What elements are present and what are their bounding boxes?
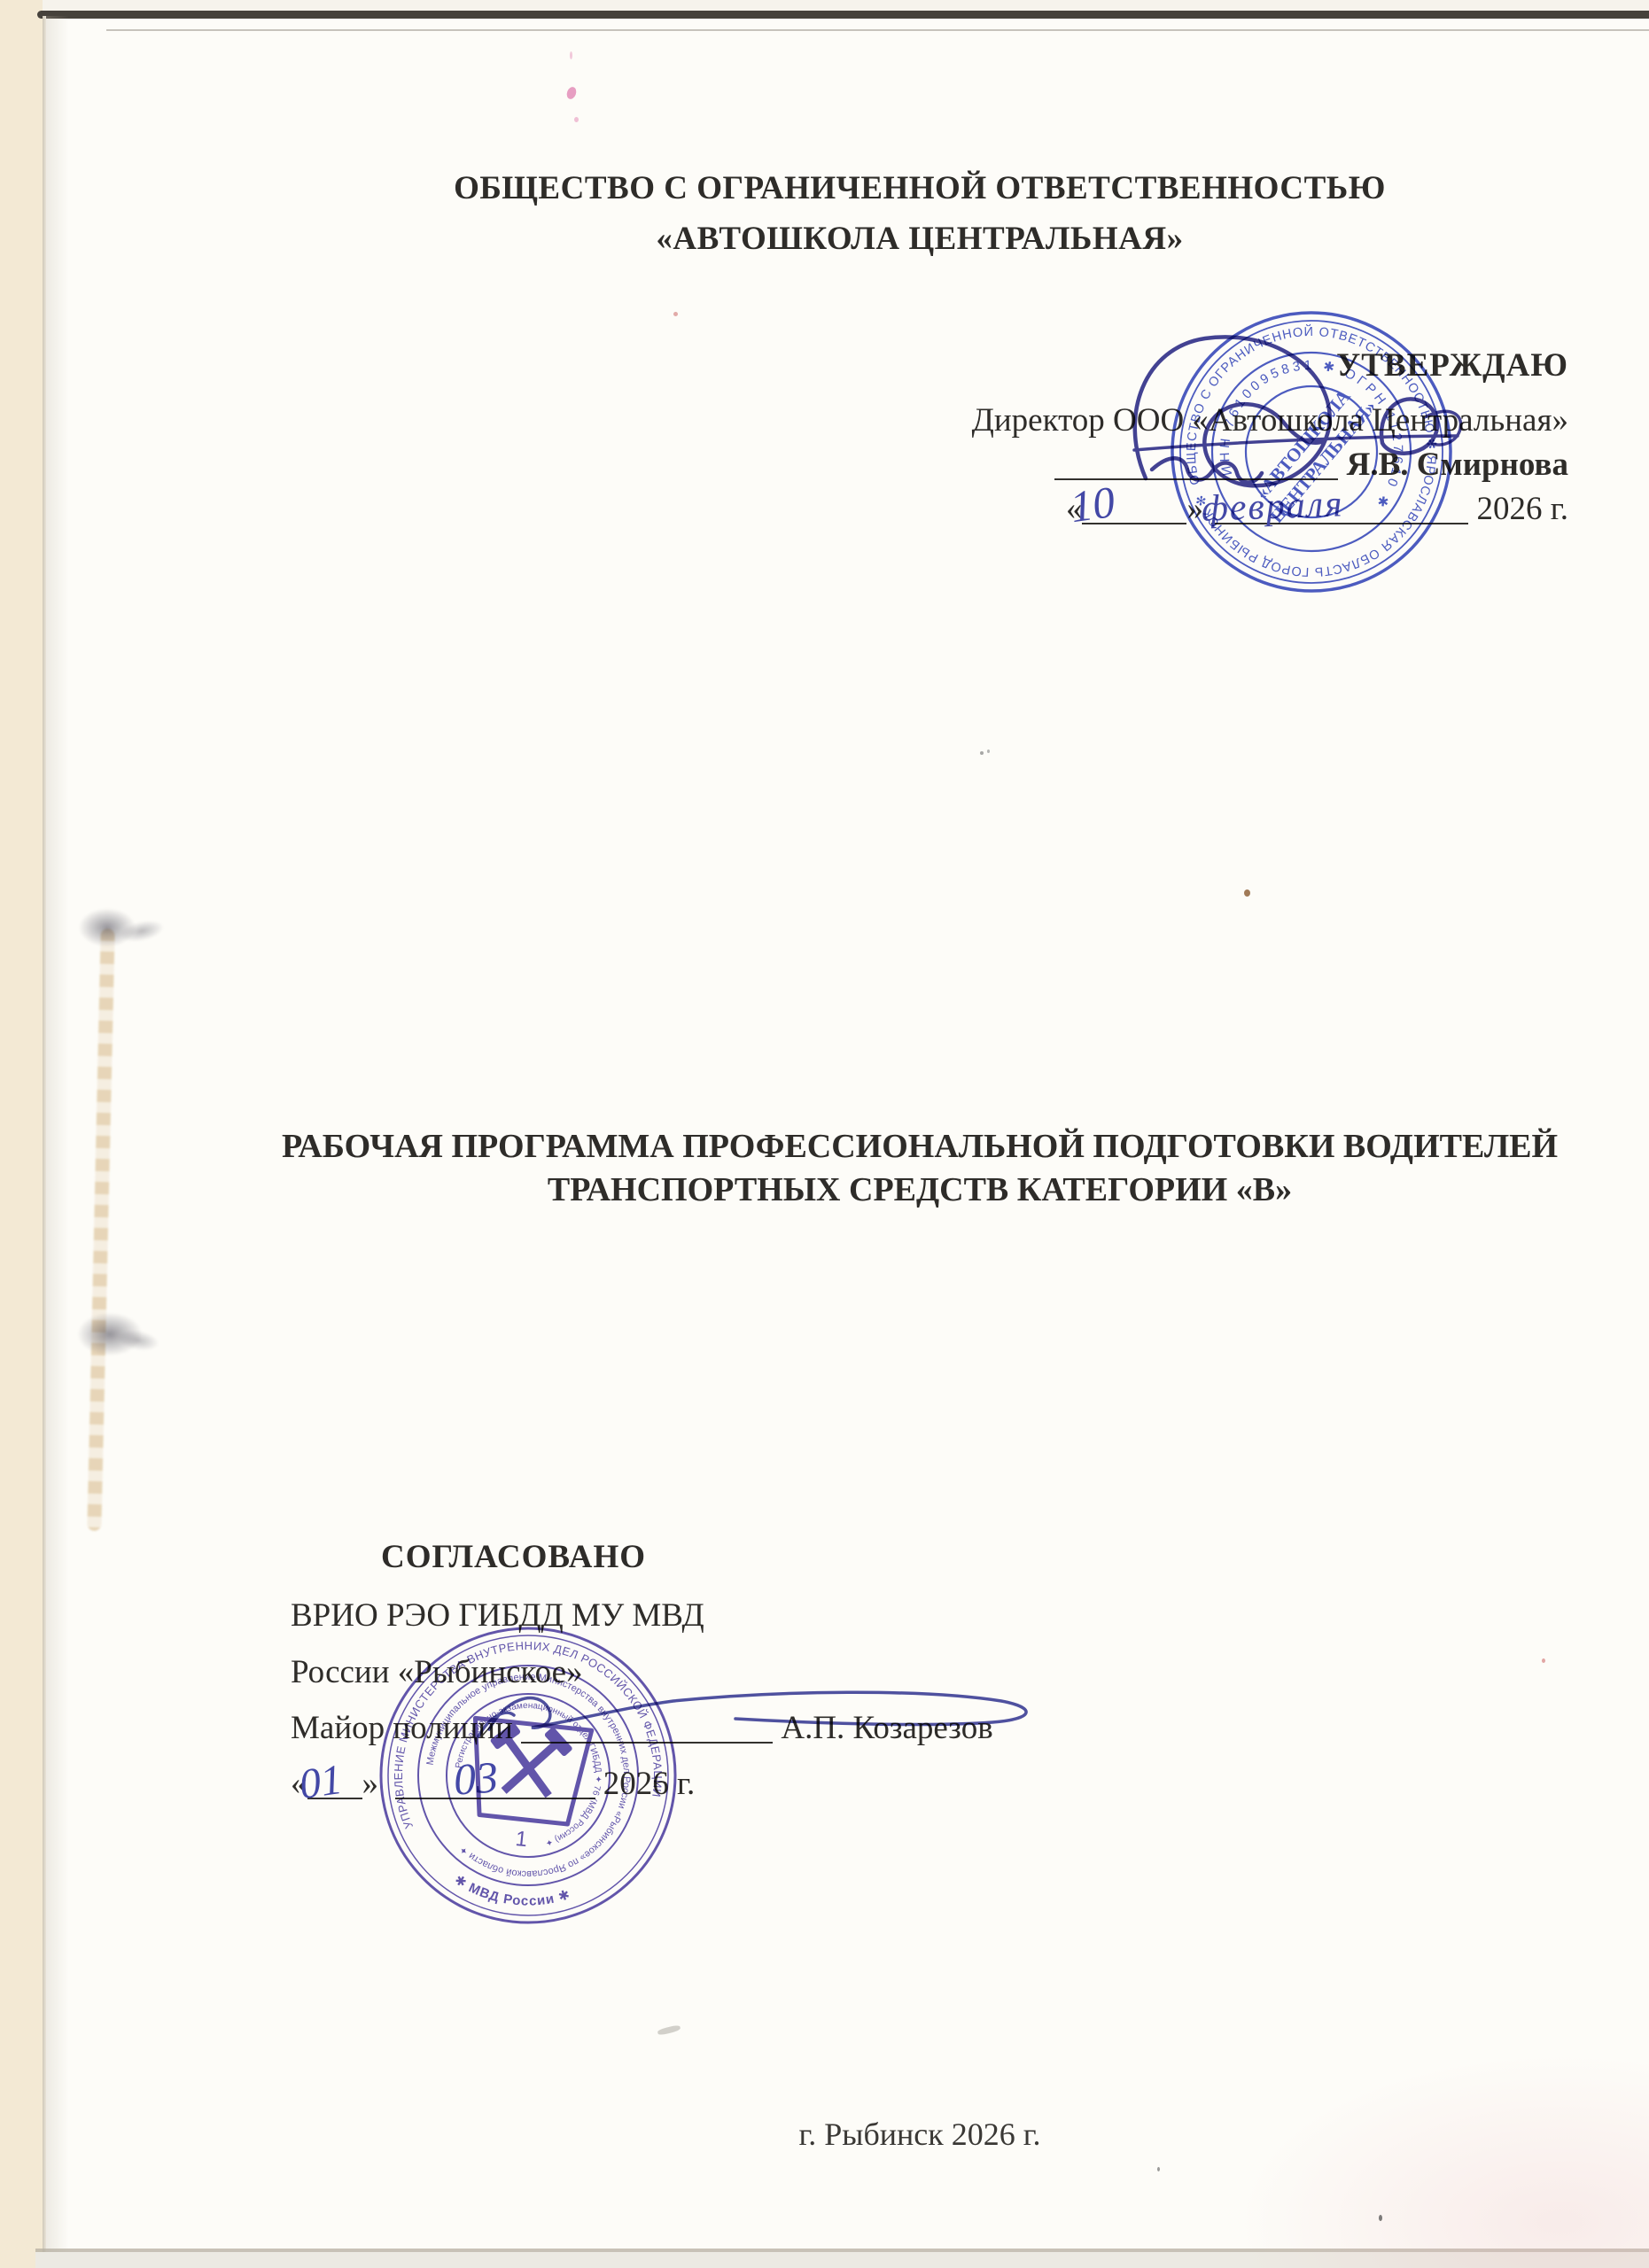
- stamp-center-number: 1: [514, 1827, 528, 1852]
- page-top-thin-line: [106, 29, 1649, 31]
- agreement-name: А.П. Козарезов: [781, 1710, 992, 1746]
- scan-pink-tint: [1206, 2038, 1649, 2268]
- scan-speck: [1542, 1658, 1545, 1663]
- handwritten-day: 10: [1067, 476, 1118, 532]
- crossed-hammers-emblem: 1: [462, 1718, 591, 1857]
- scan-speck: [1244, 889, 1250, 897]
- document-title: РАБОЧАЯ ПРОГРАММА ПРОФЕССИОНАЛЬНОЙ ПОДГО…: [191, 1125, 1649, 1212]
- document-title-line1: РАБОЧАЯ ПРОГРАММА ПРОФЕССИОНАЛЬНОЙ ПОДГО…: [191, 1125, 1649, 1169]
- scan-speck: [657, 2024, 681, 2036]
- page-left-shade: [46, 16, 69, 2257]
- stamp-bottom-label: ✱ МВД России ✱: [450, 1871, 574, 1914]
- company-round-stamp: ОБЩЕСТВО С ОГРАНИЧЕННОЙ ОТВЕТСТВЕННОСТЬЮ…: [1127, 268, 1496, 636]
- scan-speck: [980, 751, 984, 755]
- scan-speck: [565, 86, 578, 101]
- svg-text:Межмуниципальное управление Ми: Межмуниципальное управление Министерства…: [414, 1661, 642, 1889]
- organization-name-line2: «АВТОШКОЛА ЦЕНТРАЛЬНАЯ»: [191, 214, 1649, 264]
- page-top-edge-shadow: [37, 11, 1649, 19]
- document-title-line2: ТРАНСПОРТНЫХ СРЕДСТВ КАТЕГОРИИ «В»: [191, 1169, 1649, 1212]
- scanner-background-strip: [0, 0, 43, 2268]
- police-round-stamp: УПРАВЛЕНИЕ МИНИСТЕРСТВА ВНУТРЕННИХ ДЕЛ Р…: [361, 1608, 696, 1943]
- svg-text:✱ МВД России ✱: ✱ МВД России ✱: [450, 1871, 574, 1914]
- scan-speck: [1157, 2167, 1160, 2171]
- organization-header: ОБЩЕСТВО С ОГРАНИЧЕННОЙ ОТВЕТСТВЕННОСТЬЮ…: [191, 163, 1649, 264]
- scan-speck: [673, 312, 678, 316]
- page-top-gap: [43, 0, 1649, 11]
- scan-speck: [574, 117, 579, 122]
- scan-speck: [987, 750, 990, 753]
- stamp-outer-ring-text: ОБЩЕСТВО С ОГРАНИЧЕННОЙ ОТВЕТСТВЕННОСТЬЮ…: [1155, 295, 1468, 609]
- scan-speck: [570, 51, 572, 59]
- scan-speck: [1379, 2215, 1382, 2221]
- handwritten-day: 01: [296, 1755, 345, 1809]
- approval-year: 2026 г.: [1476, 491, 1568, 527]
- binding-glue-streak: [87, 928, 114, 1531]
- stamp-ring2-text: Межмуниципальное управление Министерства…: [414, 1661, 642, 1889]
- svg-text:ОБЩЕСТВО С ОГРАНИЧЕННОЙ ОТВЕТС: ОБЩЕСТВО С ОГРАНИЧЕННОЙ ОТВЕТСТВЕННОСТЬЮ…: [1155, 295, 1468, 609]
- agreement-heading: СОГЛАСОВАНО: [381, 1538, 646, 1576]
- organization-name-line1: ОБЩЕСТВО С ОГРАНИЧЕННОЙ ОТВЕТСТВЕННОСТЬЮ: [191, 163, 1649, 214]
- scanned-document-page: { "colors":{ "blue_stamp":"#3c4ec0", "pu…: [0, 0, 1649, 2268]
- footer-city-year: г. Рыбинск 2026 г.: [191, 2116, 1649, 2153]
